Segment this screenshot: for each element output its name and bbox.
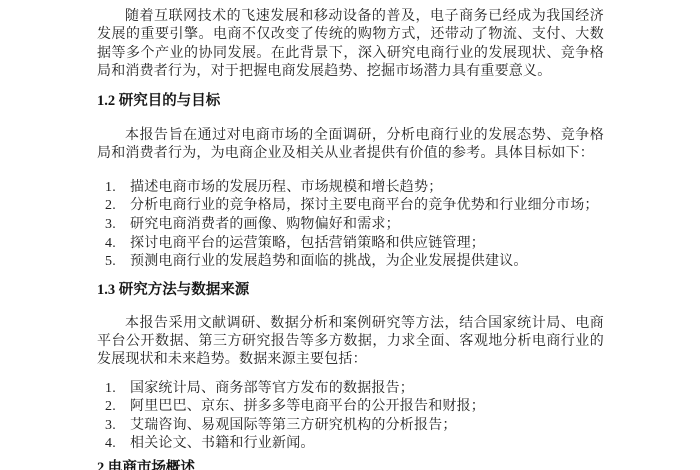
list-item-text: 相关论文、书籍和行业新闻。 — [130, 435, 604, 454]
list-item: 1. 描述电商市场的发展历程、市场规模和增长趋势； — [97, 179, 604, 198]
list-item-number: 4. — [105, 435, 130, 454]
list-item-number: 5. — [105, 253, 130, 272]
list-item-text: 探讨电商平台的运营策略，包括营销策略和供应链管理； — [130, 235, 604, 254]
list-item: 1. 国家统计局、商务部等官方发布的数据报告； — [97, 380, 604, 399]
list-item: 2. 阿里巴巴、京东、拼多多等电商平台的公开报告和财报； — [97, 398, 604, 417]
section-1-2-paragraph: 本报告旨在通过对电商市场的全面调研，分析电商行业的发展态势、竞争格局和消费者行为… — [97, 127, 604, 164]
list-item: 3. 研究电商消费者的画像、购物偏好和需求； — [97, 216, 604, 235]
list-item-number: 1. — [105, 179, 130, 198]
list-item-text: 艾瑞咨询、易观国际等第三方研究机构的分析报告； — [130, 417, 604, 436]
intro-paragraph: 随着互联网技术的飞速发展和移动设备的普及，电子商务已经成为我国经济发展的重要引擎… — [97, 8, 604, 81]
list-item: 4. 探讨电商平台的运营策略，包括营销策略和供应链管理； — [97, 235, 604, 254]
list-item: 5. 预测电商行业的发展趋势和面临的挑战，为企业发展提供建议。 — [97, 253, 604, 272]
list-item-number: 2. — [105, 197, 130, 216]
list-item-number: 3. — [105, 216, 130, 235]
list-item-text: 阿里巴巴、京东、拼多多等电商平台的公开报告和财报； — [130, 398, 604, 417]
list-item-text: 国家统计局、商务部等官方发布的数据报告； — [130, 380, 604, 399]
list-item-number: 3. — [105, 417, 130, 436]
list-item-text: 分析电商行业的竞争格局，探讨主要电商平台的竞争优势和行业细分市场； — [130, 197, 604, 216]
list-item-text: 预测电商行业的发展趋势和面临的挑战，为企业发展提供建议。 — [130, 253, 604, 272]
list-item-number: 4. — [105, 235, 130, 254]
section-1-3-heading: 1.3 研究方法与数据来源 — [97, 282, 604, 299]
list-item: 2. 分析电商行业的竞争格局，探讨主要电商平台的竞争优势和行业细分市场； — [97, 197, 604, 216]
objectives-list: 1. 描述电商市场的发展历程、市场规模和增长趋势； 2. 分析电商行业的竞争格局… — [97, 179, 604, 272]
list-item-text: 研究电商消费者的画像、购物偏好和需求； — [130, 216, 604, 235]
list-item-number: 2. — [105, 398, 130, 417]
list-item: 3. 艾瑞咨询、易观国际等第三方研究机构的分析报告； — [97, 417, 604, 436]
list-item-text: 描述电商市场的发展历程、市场规模和增长趋势； — [130, 179, 604, 198]
list-item: 4. 相关论文、书籍和行业新闻。 — [97, 435, 604, 454]
data-sources-list: 1. 国家统计局、商务部等官方发布的数据报告； 2. 阿里巴巴、京东、拼多多等电… — [97, 380, 604, 454]
document-page: 随着互联网技术的飞速发展和移动设备的普及，电子商务已经成为我国经济发展的重要引擎… — [0, 0, 700, 470]
section-2-heading: 2 电商市场概述 — [97, 460, 604, 470]
section-1-3-paragraph: 本报告采用文献调研、数据分析和案例研究等方法，结合国家统计局、电商平台公开数据、… — [97, 315, 604, 370]
section-1-2-heading: 1.2 研究目的与目标 — [97, 93, 604, 110]
list-item-number: 1. — [105, 380, 130, 399]
